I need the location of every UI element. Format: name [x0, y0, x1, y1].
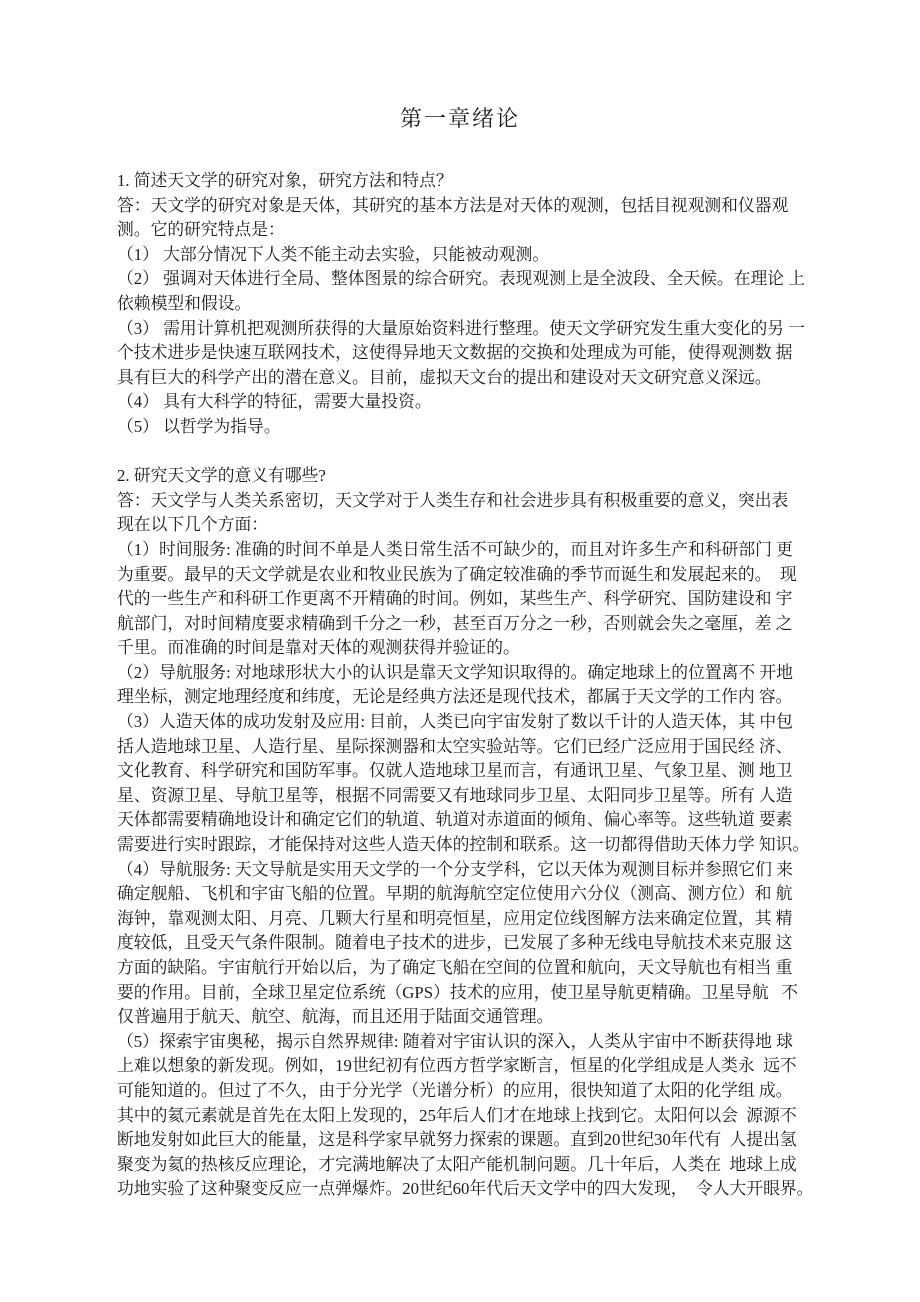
text-line: 天体都需要精确地设计和确定它们的轨道、轨道对赤道面的倾角、偏心率等。这些轨道 要…: [117, 808, 825, 833]
page-title: 第一章绪论: [0, 0, 920, 133]
answer-line: 答：天文学与人类关系密切，天文学对于人类生存和社会进步具有积极重要的意义，突出表: [117, 489, 825, 514]
text-line: 测。它的研究特点是：: [117, 218, 825, 243]
text-line: 理坐标，测定地理经度和纬度，无论是经典方法还是现代技术，都属于天文学的工作内 容…: [117, 685, 825, 710]
list-item-line: （3） 需用计算机把观测所获得的大量原始资料进行整理。使天文学研究发生重大变化的…: [117, 317, 825, 342]
list-item-line: （1） 大部分情况下人类不能主动去实验，只能被动观测。: [117, 243, 825, 268]
document-page: 第一章绪论 1. 简述天文学的研究对象，研究方法和特点？ 答：天文学的研究对象是…: [0, 0, 920, 1302]
question-line: 2. 研究天文学的意义有哪些?: [117, 464, 825, 489]
text-line: 现在以下几个方面：: [117, 513, 825, 538]
text-line: 方面的缺陷。宇宙航行开始以后，为了确定飞船在空间的位置和航向，天文导航也有相当 …: [117, 956, 825, 981]
text-line: 千里。而准确的时间是靠对天体的观测获得并验证的。: [117, 636, 825, 661]
text-line: 确定舰船、飞机和宇宙飞船的位置。早期的航海航空定位使用六分仪（测高、测方位）和 …: [117, 882, 825, 907]
text-line: 括人造地球卫星、人造行星、星际探测器和太空实验站等。它们已经广泛应用于国民经 济…: [117, 735, 825, 760]
list-item-line: （3）人造天体的成功发射及应用: 目前，人类已向宇宙发射了数以千计的人造天体，其…: [117, 710, 825, 735]
list-item-line: （2） 强调对天体进行全局、整体图景的综合研究。表现观测上是全波段、全天候。在理…: [117, 267, 825, 292]
text-line: 需要进行实时跟踪，才能保持对这些人造天体的控制和联系。这一切都得借助天体力学 知…: [117, 833, 825, 858]
list-item-line: （4）导航服务: 天文导航是实用天文学的一个分支学科，它以天体为观测目标并参照它…: [117, 858, 825, 883]
qa-section-1: 1. 简述天文学的研究对象，研究方法和特点？ 答：天文学的研究对象是天体，其研究…: [117, 169, 825, 440]
text-line: 为重要。最早的天文学就是农业和牧业民族为了确定较准确的季节而诞生和发展起来的。 …: [117, 563, 825, 588]
text-line: 功地实验了这种聚变反应一点弹爆炸。20世纪60年代后天文学中的四大发现， 令人大…: [117, 1177, 825, 1202]
answer-line: 答：天文学的研究对象是天体，其研究的基本方法是对天体的观测，包括目视观测和仪器观: [117, 194, 825, 219]
text-line: 具有巨大的科学产出的潜在意义。目前，虚拟天文台的提出和建设对天文研究意义深远。: [117, 366, 825, 391]
question-line: 1. 简述天文学的研究对象，研究方法和特点？: [117, 169, 825, 194]
text-line: 度较低，且受天气条件限制。随着电子技术的进步，已发展了多种无线电导航技术来克服 …: [117, 931, 825, 956]
text-line: 上难以想象的新发现。例如，19世纪初有位西方哲学家断言，恒星的化学组成是人类永 …: [117, 1054, 825, 1079]
text-line: 其中的氦元素就是首先在太阳上发现的，25年后人们才在地球上找到它。太阳何以会 源…: [117, 1104, 825, 1129]
text-line: 断地发射如此巨大的能量，这是科学家早就努力探索的课题。直到20世纪30年代有 人…: [117, 1128, 825, 1153]
document-body: 1. 简述天文学的研究对象，研究方法和特点？ 答：天文学的研究对象是天体，其研究…: [117, 169, 825, 1202]
list-item-line: （5）探索宇宙奥秘，揭示自然界规律: 随着对宇宙认识的深入，人类从宇宙中不断获得…: [117, 1030, 825, 1055]
text-line: 航部门，对时间精度要求精确到千分之一秒，甚至百万分之一秒，否则就会失之毫厘，差 …: [117, 612, 825, 637]
text-line: 仅普遍用于航天、航空、航海，而且还用于陆面交通管理。: [117, 1005, 825, 1030]
text-line: 聚变为氦的热核反应理论，才完满地解决了太阳产能机制问题。几十年后，人类在 地球上…: [117, 1153, 825, 1178]
text-line: 海钟，靠观测太阳、月亮、几颗大行星和明亮恒星，应用定位线图解方法来确定位置，其 …: [117, 907, 825, 932]
text-line: 文化教育、科学研究和国防军事。仅就人造地球卫星而言，有通讯卫星、气象卫星、测 地…: [117, 759, 825, 784]
text-line: 可能知道的。但过了不久，由于分光学（光谱分析）的应用，很快知道了太阳的化学组 成…: [117, 1079, 825, 1104]
text-line: 依赖模型和假设。: [117, 292, 825, 317]
text-line: 星、资源卫星、导航卫星等，根据不同需要又有地球同步卫星、太阳同步卫星等。所有 人…: [117, 784, 825, 809]
list-item-line: （4） 具有大科学的特征，需要大量投资。: [117, 390, 825, 415]
list-item-line: （5） 以哲学为指导。: [117, 415, 825, 440]
list-item-line: （2）导航服务: 对地球形状大小的认识是靠天文学知识取得的。确定地球上的位置离不…: [117, 661, 825, 686]
text-line: 个技术进步是快速互联网技术，这使得异地天文数据的交换和处理成为可能，使得观测数 …: [117, 341, 825, 366]
text-line: 要的作用。目前，全球卫星定位系统（GPS）技术的应用，使卫星导航更精确。卫星导航…: [117, 981, 825, 1006]
list-item-line: （1）时间服务: 准确的时间不单是人类日常生活不可缺少的，而且对许多生产和科研部…: [117, 538, 825, 563]
text-line: 代的一些生产和科研工作更离不开精确的时间。例如，某些生产、科学研究、国防建设和 …: [117, 587, 825, 612]
qa-section-2: 2. 研究天文学的意义有哪些? 答：天文学与人类关系密切，天文学对于人类生存和社…: [117, 464, 825, 1202]
